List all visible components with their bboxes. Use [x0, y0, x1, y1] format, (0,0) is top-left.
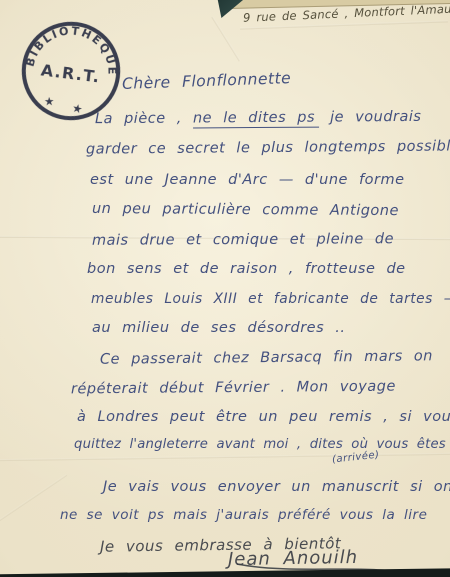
- letter-line: répéterait début Février . Mon voyage: [71, 379, 396, 398]
- letter-line: garder ce secret le plus longtemps possi…: [86, 138, 450, 157]
- line1-suffix: je voudrais: [319, 109, 422, 126]
- letter-line: bon sens et de raison , frotteuse de: [87, 261, 406, 277]
- letter-line: La pièce , ne le dites ps je voudrais: [95, 109, 422, 127]
- stamp-star-icon: ★: [44, 94, 55, 108]
- line1-prefix: La pièce ,: [95, 110, 193, 127]
- letter-line: au milieu de ses désordres ..: [92, 320, 345, 336]
- line1-underlined: ne le dites ps: [193, 110, 319, 129]
- stamp-center-text: A.R.T.: [40, 61, 102, 87]
- letter-line: quittez l'angleterre avant moi , dites o…: [74, 437, 446, 452]
- letter-line: Je vais vous envoyer un manuscrit si on: [103, 479, 450, 495]
- scanned-letter-photo: BIBLIOTHÈQUE A.R.T. ★ ★ 9 rue de Sancé ,…: [0, 0, 450, 577]
- letter-line: est une Jeanne d'Arc — d'une forme: [90, 172, 405, 188]
- letter-line: mais drue et comique et pleine de: [92, 231, 394, 249]
- stamp-star-icon: ★: [71, 100, 84, 116]
- letter-line: meubles Louis XIII et fabricante de tart…: [91, 291, 450, 307]
- letter-line: ne se voit ps mais j'aurais préféré vous…: [60, 507, 427, 523]
- letter-line: à Londres peut être un peu remis , si vo…: [77, 409, 450, 425]
- letter-line: un peu particulière comme Antigone: [92, 201, 399, 219]
